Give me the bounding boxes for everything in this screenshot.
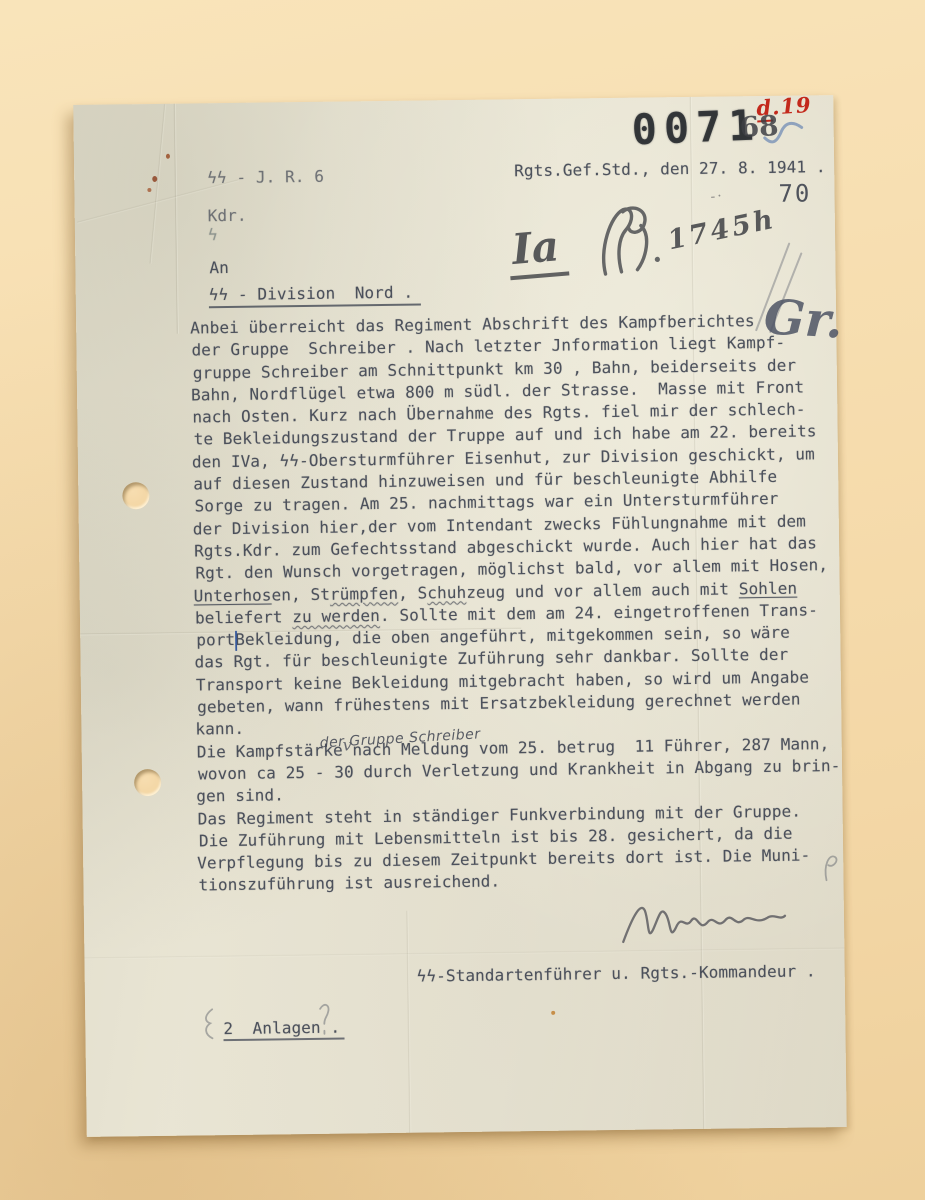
typed-page-number: 70 [778,179,811,207]
photo-backdrop: d.19 0071 68 -· 70 ϟϟ - J. R. 6 Kdr. ϟ R… [0,0,925,1200]
pencil-monogram-scribble [593,201,664,287]
date-line: Rgts.Gef.Std., den 27. 8. 1941 . [514,157,826,180]
signature-title-line: ϟϟ-Standartenführer u. Rgts.-Kommandeur … [417,961,816,985]
blue-checkmark-squiggle [762,117,806,148]
body-text: Anbei überreicht das Regiment Abschrift … [191,309,841,897]
punch-hole-top [122,482,149,509]
pencil-ia-mark: Ia [506,221,569,281]
salutation: An [209,258,229,277]
punch-hole-bottom [134,769,161,796]
rust-speck [152,176,157,182]
pencil-dash-mark: -· [710,188,724,205]
rust-speck [551,1011,555,1015]
recipient-line: ϟϟ - Division Nord . [209,282,422,304]
fold-crease-top-left [173,104,179,334]
commander-abbreviation: Kdr. [208,206,247,226]
rust-speck [147,188,151,192]
fold-crease-top-left-2 [149,104,167,264]
rust-speck [166,154,170,159]
fold-crease-vertical-lower [406,911,412,1133]
unit-designation: ϟϟ - J. R. 6 [207,167,324,188]
pencil-question-mark [317,1002,331,1036]
pencil-bracket-left [201,1007,215,1039]
faint-rune-mark: ϟ [208,225,218,244]
signature-scrawl [619,894,790,956]
recipient-text: ϟϟ - Division Nord . [209,282,422,308]
document-paper: d.19 0071 68 -· 70 ϟϟ - J. R. 6 Kdr. ϟ R… [73,95,846,1137]
pencil-curl-mark [821,851,839,883]
